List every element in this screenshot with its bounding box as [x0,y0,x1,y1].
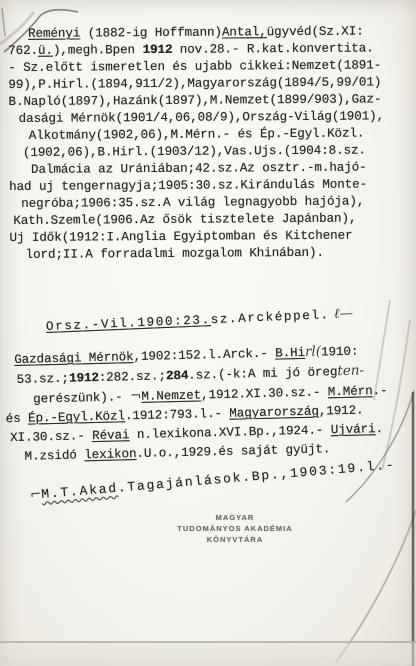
text-segment: 1912 [142,43,172,57]
handwritten-segment: rl( [305,344,321,360]
text-segment: .sz.(-k:A mi jó öreg [188,365,337,383]
text-segment: ü. [38,44,53,58]
text-segment: XI.30.sz.- [10,429,92,445]
text-segment: (1882-ig Hoffmann) [80,26,222,41]
text-segment: lexikon [84,447,137,462]
text-segment: lord;II.A forradalmi mozgalom Khinában). [26,246,324,262]
library-stamp: MAGYAR TUDOMÁNYOS AKADÉMIA KÖNYVTÁRA [150,512,320,545]
text-segment: nov.28.- R.kat.konvertita. [172,41,373,56]
text-segment: ,1912. [319,403,364,418]
text-segment: és [6,412,29,427]
text-segment: 762. [8,44,38,58]
text-segment: :282.sz.; [99,369,166,385]
text-segment: sz.Arcképpel. [210,308,330,327]
text-segment: Uj Idők(1912:I.Anglia Egyiptomban és Kit… [9,229,352,245]
text-segment: 1912 [69,371,99,386]
text-segment: Magyarország [229,405,319,421]
text-segment: 1910: [321,345,359,360]
bibliography-text-block: Gazdasági Mérnök,1902:152.l.Arck.- B.Hir… [14,341,389,467]
text-segment: 284 [166,369,189,384]
handwritten-segment: ¬ [130,388,142,404]
text-segment: M.Nemzet [141,388,201,403]
text-segment: 99),P.Hirl.(1894,911/2),Magyarország(189… [8,75,381,92]
typed-line: Orsz.-Vil.1900:23.sz.Arcképpel. ℓ— [46,305,354,334]
text-segment: M.T.Akad [41,481,119,502]
text-segment: ,1902:152.l.Arck.- [133,347,275,364]
typed-line: lord;II.A forradalmi mozgalom Khinában). [26,244,386,264]
text-segment: n.lexikona.XVI.Bp.,1924.- [129,423,331,442]
text-segment: Reményi [28,26,80,40]
text-segment: Gazdasági Mérnök [14,350,134,367]
text-segment: dasági Mérnök(1901/4,06,08/9),Ország-Vil… [19,109,385,126]
text-segment: ,1912.XI.30.sz.- [201,385,328,402]
text-segment: ),megh.Bpen [53,43,143,58]
biography-text-block: Reményi (1882-ig Hoffmann)Antal,ügyvéd(S… [8,23,385,264]
text-segment: B.Napló(1897),Hazánk(1897),M.Nemzet(1899… [8,92,381,109]
handwritten-segment: ℓ— [329,305,353,322]
stamp-line-1: MAGYAR [150,512,320,523]
text-segment: Antal, [222,25,267,39]
text-segment: Dalmácia az Urániában;42.sz.Az osztr.-m.… [31,161,367,177]
typed-line: Uj Idők(1912:I.Anglia Egyiptomban és Kit… [9,227,385,247]
handwritten-segment: ten- [337,362,364,379]
text-segment: .1912:793.l.- [125,407,230,424]
text-segment: 53.sz.; [17,372,70,387]
text-segment: Orsz.-Vil.1900:23. [46,313,211,334]
text-segment: Ujvári [331,422,376,437]
text-segment: .- [372,384,387,398]
text-segment: Alkotmány(1902,06),M.Mérn.- és Ép.-Egyl.… [29,127,365,143]
orszag-vilag-note-line: Orsz.-Vil.1900:23.sz.Arcképpel. ℓ— [46,305,354,334]
text-segment: Ép.-Egyl.Közl [28,409,125,425]
text-segment: had uj tengernagyja;1905:30.sz.Kirándulá… [9,177,367,193]
catalog-card: Reményi (1882-ig Hoffmann)Antal,ügyvéd(S… [0,0,416,666]
text-segment: B.Hi [275,346,305,361]
text-segment: - Sz.előtt ismeretlen és ujabb cikkei:Ne… [8,58,381,75]
stamp-line-2: TUDOMÁNYOS AKADÉMIA [150,523,320,534]
card-bottom-shadow [0,643,416,666]
text-segment: negróba;1906:35.sz.A világ legnagyobb ha… [21,195,364,211]
text-segment: .U.o.,1929.és saját gyüjt. [136,442,330,461]
text-segment: Kath.Szemle(1906.Az ősök tisztelete Japá… [13,212,356,228]
text-segment: M.Mérn [328,384,373,399]
text-segment: (1902,06),B.Hirl.(1903/12),Vas.Ujs.(1904… [23,144,366,160]
text-segment: ügyvéd(Sz.XI: [267,25,364,40]
text-segment: Révai [92,428,130,443]
stamp-line-3: KÖNYVTÁRA [150,534,320,545]
text-segment: gerészünk).- [33,390,130,406]
text-segment: . [375,422,383,436]
text-segment: M.zsidó [24,448,84,463]
